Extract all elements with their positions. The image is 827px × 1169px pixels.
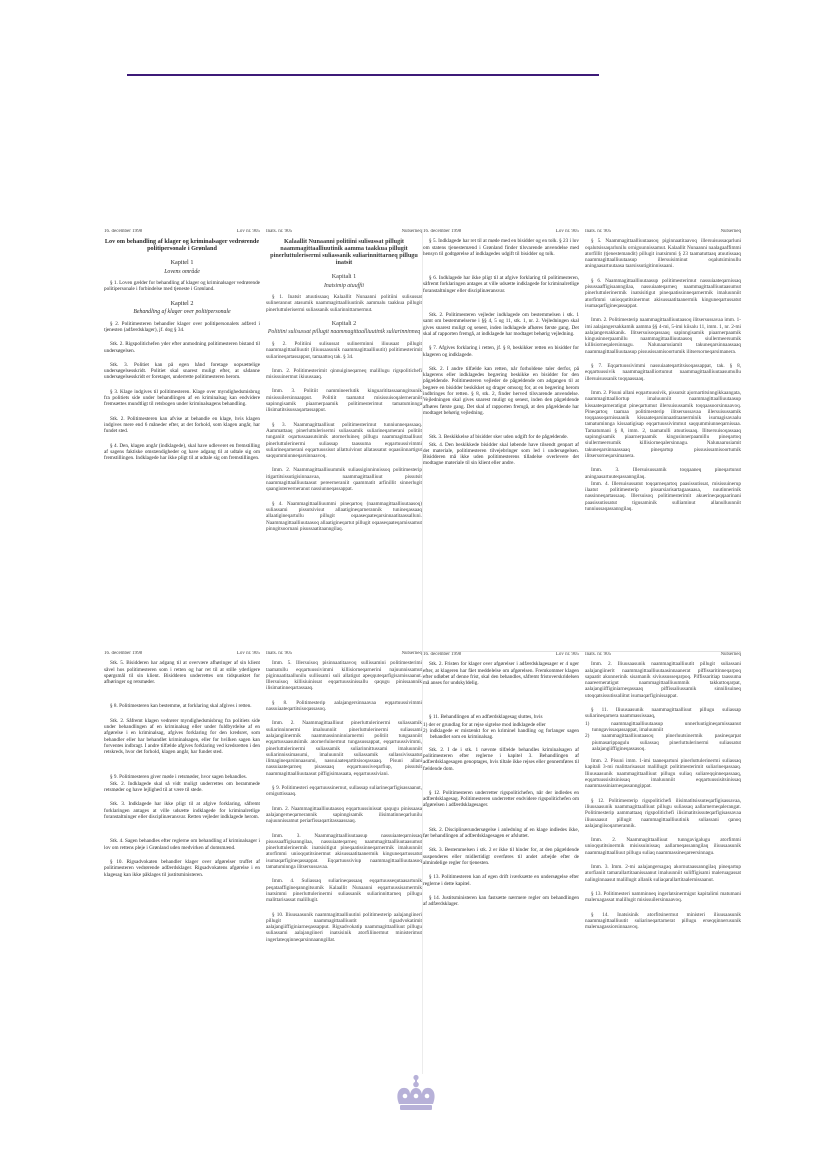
section-paragraph: Stk. 2. I andre tilfælde kan retten, når… xyxy=(423,366,579,416)
running-header: Inats. nr. 905 Nutserneq xyxy=(585,229,741,235)
section-paragraph: § 4. Den, klagen angår (indklagede), ska… xyxy=(104,443,260,462)
greenlandic-column: Inats. nr. 905 Nutserneq § 5. Naammagitt… xyxy=(585,229,741,651)
section-paragraph: Imm. 2. Iliuusaasunik naammagittaalliuut… xyxy=(585,661,741,699)
header-law-number: Lov nr. 905 xyxy=(556,652,579,658)
running-header: 16. december 1998 Lov nr. 905 xyxy=(423,229,579,235)
section-paragraph: § 14. Justitsministeren kan fastsætte næ… xyxy=(423,895,579,908)
section-paragraph: § 5. Naammagittaalliuutaasoq piginnaatit… xyxy=(585,238,741,269)
header-language-label: Nutserneq xyxy=(401,229,422,235)
section-paragraph: § 9. Politimesteren giver møde i retsmød… xyxy=(104,774,260,780)
chapter-heading: Kapitel 1 xyxy=(104,260,260,266)
header-law-number: Lov nr. 905 xyxy=(556,229,579,235)
section-paragraph: Imm. 3. Politiit nammineerlutik kinguari… xyxy=(266,388,422,413)
section-paragraph: Stk. 3. Indklagede har ikke pligt til at… xyxy=(104,801,260,820)
law-title: Kalaallit Nunaanni politiini sulisussat … xyxy=(266,238,422,266)
section-paragraph: Imm. 3. Imm. 2-mi aalajangersagaq akornu… xyxy=(585,864,741,883)
section-paragraph: Imm. 3. Illersuisussamik toqqaaneq pineq… xyxy=(585,467,741,480)
running-header: 16. december 1998 Lov nr. 905 xyxy=(104,651,260,657)
chapter-subheading: Inatsimip atuuffii xyxy=(266,283,422,290)
section-paragraph: Stk. 2. Indklagede skal så vidt muligt u… xyxy=(104,781,260,794)
law-title: Lov om behandling af klager og kriminals… xyxy=(104,238,260,252)
chapter-heading: Kapitali 2 xyxy=(266,321,422,327)
law-page-1: 16. december 1998 Lov nr. 905 Lov om beh… xyxy=(104,229,422,651)
section-paragraph: Imm. 2. Pisuni allani eqqartuussivik, pi… xyxy=(585,390,741,459)
danish-column: 16. december 1998 Lov nr. 905 § 5. Indkl… xyxy=(423,229,579,651)
header-law-number: Inats. nr. 905 xyxy=(585,229,611,235)
blank-spacer xyxy=(423,704,579,714)
section-paragraph: § 1. Inatsit atuutissaaq Kalaallit Nunaa… xyxy=(266,294,422,313)
header-date: 16. december 1998 xyxy=(423,652,461,658)
section-paragraph: § 7. Eqqartuussivimmi nassuiaateqartitsi… xyxy=(585,363,741,382)
section-paragraph: § 11. Behandlingen af en adfærdsklagesag… xyxy=(423,714,579,720)
section-paragraph: Stk. 2. Disciplinærundersøgelse i anledn… xyxy=(423,827,579,840)
section-paragraph: Stk. 4. Den beskikkede bisidder skal løb… xyxy=(423,442,579,467)
header-language-label: Nutserneq xyxy=(401,651,422,657)
header-language-label: Nutserneq xyxy=(720,652,741,658)
chapter-subheading: Lovens område xyxy=(104,269,260,276)
blank-spacer xyxy=(104,693,260,703)
section-paragraph: Stk. 2. Såfremt klagen vedrører myndighe… xyxy=(104,718,260,756)
blank-spacer xyxy=(423,302,579,312)
blank-spacer xyxy=(423,424,579,434)
section-paragraph: § 8. Politimesterip aalajangersinnaavaa … xyxy=(266,700,422,713)
chapter-heading: Kapitel 2 xyxy=(104,301,260,307)
section-paragraph: § 11. Iliuusaasunik naammagittaalliuut p… xyxy=(585,707,741,720)
law-page-3: 16. december 1998 Lov nr. 905 Stk. 5. Bi… xyxy=(104,651,422,1073)
header-date: 16. december 1998 xyxy=(104,651,142,657)
section-paragraph: Imm. 3. Naammagittaalliuutaasup nassuiaa… xyxy=(266,833,422,871)
section-paragraph: Imm. 2. Naammagittaalliuutaasoq eqqartuu… xyxy=(266,806,422,825)
section-paragraph: Imm. 2. Naammagittaalliuut pinerluttuler… xyxy=(266,720,422,777)
blank-spacer xyxy=(423,780,579,790)
running-header: Inats. nr. 905 Nutserneq xyxy=(585,652,741,658)
section-paragraph: § 2. Politimesteren behandler klager ove… xyxy=(104,321,260,334)
greenlandic-column: Inats. nr. 905 Nutserneq Imm. 5. Illersu… xyxy=(266,651,422,1073)
section-paragraph: § 6. Indklagede har ikke pligt til at af… xyxy=(423,275,579,294)
list-item: 2) naammagittaalliuutaasoq pinerluutsine… xyxy=(585,733,741,752)
law-page-2: 16. december 1998 Lov nr. 905 § 5. Indkl… xyxy=(422,229,741,651)
running-header: Inats. nr. 905 Nutserneq xyxy=(266,651,422,657)
running-header: 16. december 1998 Lov nr. 905 xyxy=(104,229,260,235)
section-paragraph: § 6. Naammagittaalliuutaasup politimeste… xyxy=(585,278,741,309)
section-paragraph: Imm. 5. Illersuisoq pisinnaatitaavoq sul… xyxy=(266,660,422,691)
header-date: 16. december 1998 xyxy=(423,229,461,235)
section-paragraph: Stk. 3. Politiet kan på egen hånd foreta… xyxy=(104,362,260,381)
law-page-4: 16. december 1998 Lov nr. 905 Stk. 2. Fr… xyxy=(422,651,741,1074)
blank-spacer xyxy=(423,817,579,827)
header-language-label: Nutserneq xyxy=(720,229,741,235)
section-paragraph: § 10. Iliuusaasunik naammagittaalliuutin… xyxy=(266,912,422,943)
section-paragraph: § 12. Politimesterip rigspolitichefi ili… xyxy=(585,798,741,829)
section-paragraph: § 8. Politimesteren kan bestemme, at for… xyxy=(104,703,260,709)
section-paragraph: § 13. Politimesteri namminneq ingerlatsi… xyxy=(585,891,741,904)
header-law-number: Inats. nr. 905 xyxy=(585,652,611,658)
section-paragraph: § 10. Rigsadvokaten behandler klager ove… xyxy=(104,859,260,878)
section-paragraph: § 5. Indklagede har ret til at møde med … xyxy=(423,238,579,257)
section-paragraph: § 7. Afgives forklaring i retten, jf. § … xyxy=(423,345,579,358)
list-item: 1) naammagittaalliuutaasup unnerluutigin… xyxy=(585,721,741,734)
section-paragraph: § 2. Politiini sulisussat sulinerminni i… xyxy=(266,341,422,360)
numbered-list: 1) naammagittaalliuutaasup unnerluutigin… xyxy=(585,721,741,752)
section-paragraph: § 3. Klage indgives til politimesteren. … xyxy=(104,389,260,408)
blank-spacer xyxy=(423,265,579,275)
greenlandic-column: Inats. nr. 905 Nutserneq Kalaallit Nunaa… xyxy=(266,229,422,651)
section-paragraph: Imm. 2. Politimesterip naammagittaalliuu… xyxy=(585,317,741,355)
section-paragraph: § 12. Politimesteren underretter rigspol… xyxy=(423,790,579,809)
header-law-number: Lov nr. 905 xyxy=(237,229,260,235)
greenlandic-column: Inats. nr. 905 Nutserneq Imm. 2. Iliuusa… xyxy=(585,652,741,1074)
running-header: Inats. nr. 905 Nutserneq xyxy=(266,229,422,235)
royal-crown-icon xyxy=(393,1074,439,1114)
chapter-heading: Kapitali 1 xyxy=(266,274,422,280)
section-paragraph: Imm. 2. Pisuni imm. 1-imi taaneqartuni p… xyxy=(585,758,741,789)
section-paragraph: Stk. 2. Fristen for klager over afgørels… xyxy=(423,661,579,686)
blank-spacer xyxy=(423,694,579,704)
section-paragraph: Imm. 2. Politimesterimit qinnuigineqarne… xyxy=(266,368,422,381)
section-paragraph: § 1. Loven gælder for behandling af klag… xyxy=(104,280,260,293)
section-paragraph: Stk. 5. Bisidderen har adgang til at ove… xyxy=(104,660,260,685)
section-paragraph: § 9. Politimesteri eqqartuussinernut, su… xyxy=(266,785,422,798)
running-header: 16. december 1998 Lov nr. 905 xyxy=(423,652,579,658)
section-paragraph: § 13. Politimesteren kan af egen drift i… xyxy=(423,874,579,887)
header-law-number: Inats. nr. 905 xyxy=(266,229,292,235)
section-paragraph: § 14. Inatsisinik atorfitsinermut minist… xyxy=(585,912,741,931)
blank-spacer xyxy=(104,764,260,774)
section-paragraph: Stk. 2. Rigspolitichefen yder efter anmo… xyxy=(104,341,260,354)
section-paragraph: Stk. 3. Bestemmelsen i stk. 2 er ikke ti… xyxy=(423,847,579,866)
section-paragraph: Stk. 2. Politimesteren vejleder indklage… xyxy=(423,312,579,337)
danish-column: 16. december 1998 Lov nr. 905 Stk. 2. Fr… xyxy=(423,652,579,1074)
section-paragraph: Imm. 4. Suliassaq suliarineqassaaq eqqar… xyxy=(266,878,422,903)
section-paragraph: § 4. Naammagittaalliuummi pineqartoq (na… xyxy=(266,501,422,532)
section-paragraph: Stk. 3. Beskikkelse af bisidder sker ude… xyxy=(423,434,579,440)
chapter-subheading: Behandling af klager over politipersonal… xyxy=(104,309,260,316)
blank-spacer xyxy=(104,828,260,838)
section-paragraph: Stk. 2. I de i stk. 1 nævnte tilfælde be… xyxy=(423,747,579,772)
danish-column: 16. december 1998 Lov nr. 905 Stk. 5. Bi… xyxy=(104,651,260,1073)
header-date: 16. december 1998 xyxy=(104,229,142,235)
numbered-list: 1) der er grundlag for at rejse sigtelse… xyxy=(423,722,579,741)
header-law-number: Inats. nr. 905 xyxy=(266,651,292,657)
section-paragraph: Stk. 4. Sagen behandles efter reglerne o… xyxy=(104,838,260,851)
top-accent-rule xyxy=(127,74,599,76)
section-paragraph: Imm. 2. Naammagittaalliuut tunngavigalug… xyxy=(585,837,741,856)
section-paragraph: Imm. 4. Illersuisussatut toqqarneqartoq … xyxy=(585,481,741,512)
list-item: 2) indklagede er mistænkt for en krimine… xyxy=(423,728,579,741)
danish-column: 16. december 1998 Lov nr. 905 Lov om beh… xyxy=(104,229,260,651)
header-law-number: Lov nr. 905 xyxy=(237,651,260,657)
chapter-subheading: Politiini sulisussat pillugit naammagitt… xyxy=(266,329,422,336)
section-paragraph: Stk. 2. Politimesteren kan afvise at beh… xyxy=(104,416,260,435)
section-paragraph: § 3. Naammagittaalliuut politimesterimut… xyxy=(266,422,422,460)
section-paragraph: Imm. 2. Naammagittaalliuummik suliassigi… xyxy=(266,467,422,492)
